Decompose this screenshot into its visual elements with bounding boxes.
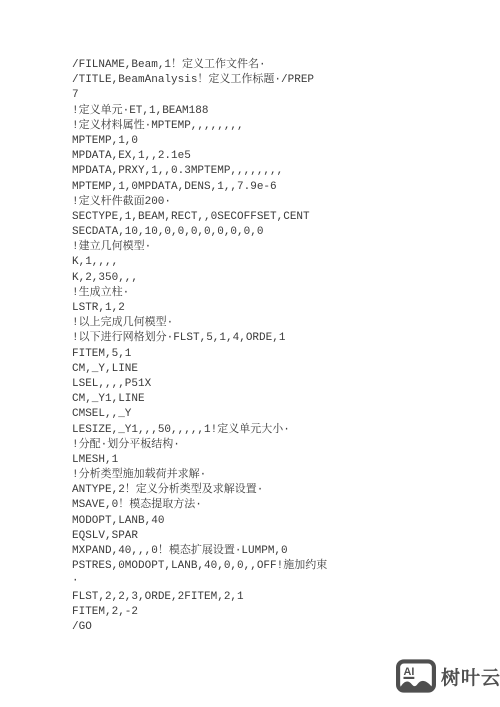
code-line: !生成立柱· [72, 286, 352, 301]
code-line: CM,_Y,LINE [72, 362, 352, 377]
code-line: /FILNAME,Beam,1！定义工作文件名· [72, 58, 352, 73]
code-line: MODOPT,LANB,40 [72, 514, 352, 529]
svg-text:AI: AI [404, 666, 415, 678]
code-line: K,2,350,,, [72, 271, 352, 286]
code-line: MPTEMP,1,0 [72, 134, 352, 149]
code-line: FITEM,2,-2 [72, 605, 352, 620]
code-line: /TITLE,BeamAnalysis！定义工作标题·/PREP [72, 73, 352, 88]
code-line: !分配·划分平板结构· [72, 438, 352, 453]
code-line: !定义材料属性·MPTEMP,,,,,,,, [72, 119, 352, 134]
code-line: LESIZE,_Y1,,,50,,,,,1!定义单元大小· [72, 423, 352, 438]
code-line: CM,_Y1,LINE [72, 392, 352, 407]
code-line: !建立几何模型· [72, 240, 352, 255]
code-line: !以下进行网格划分·FLST,5,1,4,ORDE,1 [72, 331, 352, 346]
code-line: LSTR,1,2 [72, 301, 352, 316]
code-line: FITEM,5,1 [72, 347, 352, 362]
code-line: !定义杆件截面200· [72, 195, 352, 210]
code-line: CMSEL,,_Y [72, 407, 352, 422]
code-line: FLST,2,2,3,ORDE,2FITEM,2,1 [72, 590, 352, 605]
code-line: !分析类型施加载荷并求解· [72, 468, 352, 483]
ai-image-logo-icon: AI [396, 659, 436, 693]
code-line: SECTYPE,1,BEAM,RECT,,0SECOFFSET,CENT [72, 210, 352, 225]
code-line: !以上完成几何模型· [72, 316, 352, 331]
code-line: PSTRES,0MODOPT,LANB,40,0,0,,OFF!施加约束 [72, 559, 352, 574]
brand-watermark: AI 树叶云 [396, 659, 500, 693]
code-line: MPDATA,EX,1,,2.1e5 [72, 149, 352, 164]
code-line: MSAVE,0！模态提取方法· [72, 498, 352, 513]
code-line: EQSLV,SPAR [72, 529, 352, 544]
code-line: · [72, 574, 352, 589]
code-line: ANTYPE,2！定义分析类型及求解设置· [72, 483, 352, 498]
code-line: SECDATA,10,10,0,0,0,0,0,0,0,0 [72, 225, 352, 240]
code-line: 7 [72, 88, 352, 103]
brand-name: 树叶云 [441, 663, 500, 690]
apdl-code-document: /FILNAME,Beam,1！定义工作文件名·/TITLE,BeamAnaly… [72, 58, 352, 635]
code-line: !定义单元·ET,1,BEAM188 [72, 104, 352, 119]
code-line: LMESH,1 [72, 453, 352, 468]
code-line: K,1,,,, [72, 255, 352, 270]
code-line: /GO [72, 620, 352, 635]
code-line: MXPAND,40,,,0！模态扩展设置·LUMPM,0 [72, 544, 352, 559]
code-line: MPDATA,PRXY,1,,0.3MPTEMP,,,,,,,, [72, 164, 352, 179]
code-line: MPTEMP,1,0MPDATA,DENS,1,,7.9e-6 [72, 180, 352, 195]
code-line: LSEL,,,,P51X [72, 377, 352, 392]
